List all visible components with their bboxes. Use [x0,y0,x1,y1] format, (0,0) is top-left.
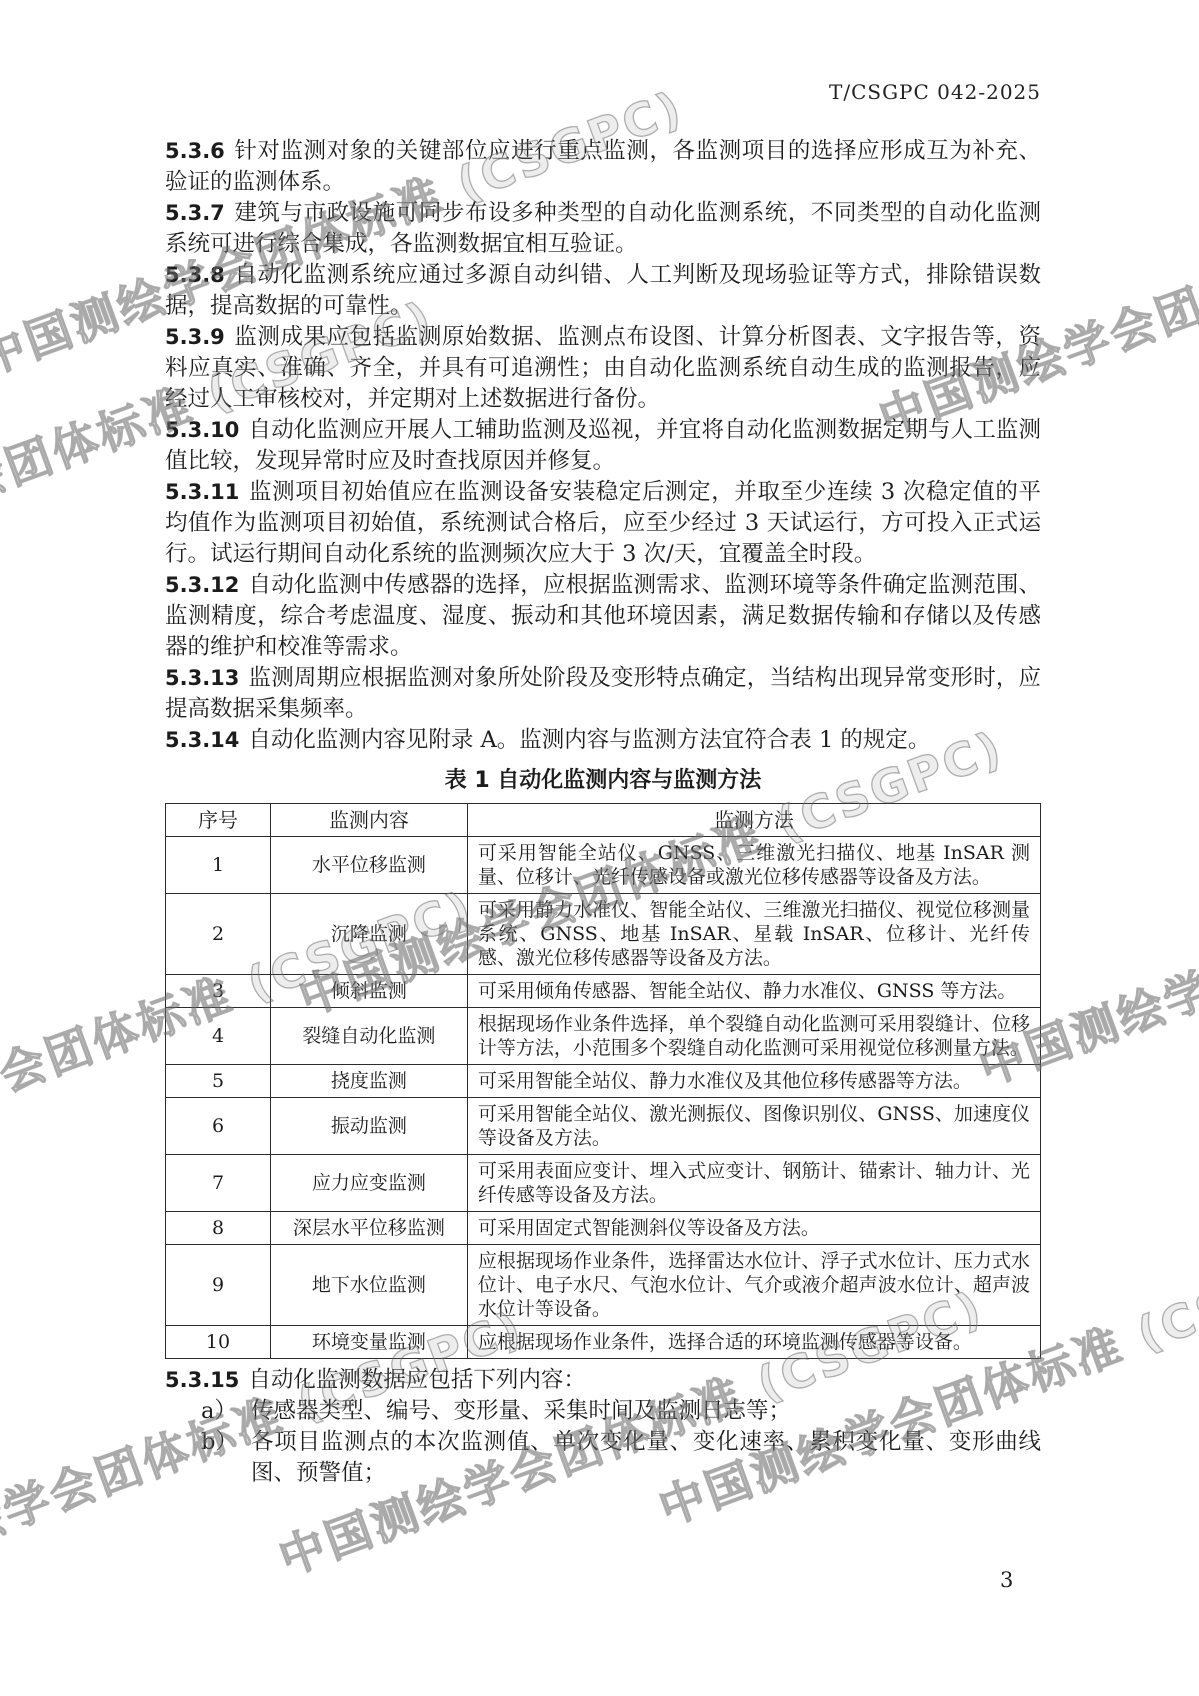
table-row: 10 环境变量监测 应根据现场作业条件，选择合适的环境监测传感器等设备。 [166,1326,1041,1359]
row-content: 振动监测 [271,1098,468,1155]
clause-text: 自动化监测系统应通过多源自动纠错、人工判断及现场验证等方式，排除错误数据，提高数… [165,262,1041,319]
clause-text: 监测周期应根据监测对象所处阶段及变形特点确定，当结构出现异常变形时，应提高数据采… [165,665,1041,722]
row-content: 应力应变监测 [271,1155,468,1212]
row-method: 可采用智能全站仪、激光测振仪、图像识别仪、GNSS、加速度仪等设备及方法。 [467,1098,1040,1155]
table-title: 表 1 自动化监测内容与监测方法 [165,763,1041,794]
clause-text: 自动化监测数据应包括下列内容： [248,1367,586,1393]
list-item-a: a） 传感器类型、编号、变形量、采集时间及监测日志等； [201,1396,1041,1427]
clause-number: 5.3.15 [165,1368,239,1392]
doc-code-header: T/CSGPC 042-2025 [829,80,1041,104]
document-page: { "page": { "doc_code": "T/CSGPC 042-202… [0,0,1199,1696]
clause-text: 监测成果应包括监测原始数据、监测点布设图、计算分析图表、文字报告等，资料应真实、… [165,324,1041,412]
table-row: 5 挠度监测 可采用智能全站仪、静力水准仪及其他位移传感器等方法。 [166,1065,1041,1098]
row-no: 4 [166,1008,271,1065]
monitoring-methods-table: 序号 监测内容 监测方法 1 水平位移监测 可采用智能全站仪、GNSS、三维激光… [165,803,1041,1359]
clause-text: 自动化监测应开展人工辅助监测及巡视，并宜将自动化监测数据定期与人工监测值比较，发… [165,417,1041,474]
clause-number: 5.3.12 [165,573,239,597]
clause-text: 自动化监测内容见附录 A。监测内容与监测方法宜符合表 1 的规定。 [248,727,930,753]
clause-5-3-12: 5.3.12自动化监测中传感器的选择，应根据监测需求、监测环境等条件确定监测范围… [165,570,1041,663]
clause-number: 5.3.6 [165,139,225,163]
row-no: 1 [166,837,271,894]
clause-number: 5.3.13 [165,666,239,690]
clause-5-3-7: 5.3.7建筑与市政设施可同步布设多种类型的自动化监测系统，不同类型的自动化监测… [165,198,1041,260]
page-number: 3 [1000,1568,1013,1592]
clause-text: 建筑与市政设施可同步布设多种类型的自动化监测系统，不同类型的自动化监测系统可进行… [165,200,1041,257]
row-method: 根据现场作业条件选择，单个裂缝自动化监测可采用裂缝计、位移计等方法，小范围多个裂… [467,1008,1040,1065]
row-content: 水平位移监测 [271,837,468,894]
row-content: 挠度监测 [271,1065,468,1098]
row-no: 8 [166,1212,271,1245]
row-no: 6 [166,1098,271,1155]
row-method: 应根据现场作业条件，选择雷达水位计、浮子式水位计、压力式水位计、电子水尺、气泡水… [467,1245,1040,1326]
clause-number: 5.3.7 [165,201,225,225]
clause-5-3-15: 5.3.15自动化监测数据应包括下列内容： [165,1365,1041,1396]
row-no: 3 [166,975,271,1008]
table-row: 4 裂缝自动化监测 根据现场作业条件选择，单个裂缝自动化监测可采用裂缝计、位移计… [166,1008,1041,1065]
clause-number: 5.3.14 [165,728,239,752]
list-item-label: b） [201,1427,251,1489]
column-header-no: 序号 [166,804,271,837]
table-row: 8 深层水平位移监测 可采用固定式智能测斜仪等设备及方法。 [166,1212,1041,1245]
row-no: 10 [166,1326,271,1359]
row-no: 2 [166,894,271,975]
table-row: 1 水平位移监测 可采用智能全站仪、GNSS、三维激光扫描仪、地基 InSAR … [166,837,1041,894]
table-row: 6 振动监测 可采用智能全站仪、激光测振仪、图像识别仪、GNSS、加速度仪等设备… [166,1098,1041,1155]
row-content: 沉降监测 [271,894,468,975]
clause-5-3-9: 5.3.9监测成果应包括监测原始数据、监测点布设图、计算分析图表、文字报告等，资… [165,322,1041,415]
row-method: 可采用倾角传感器、智能全站仪、静力水准仪、GNSS 等方法。 [467,975,1040,1008]
clause-5-3-10: 5.3.10自动化监测应开展人工辅助监测及巡视，并宜将自动化监测数据定期与人工监… [165,415,1041,477]
clause-number: 5.3.11 [165,480,239,504]
row-content: 环境变量监测 [271,1326,468,1359]
clause-number: 5.3.9 [165,325,225,349]
row-content: 倾斜监测 [271,975,468,1008]
row-method: 可采用智能全站仪、静力水准仪及其他位移传感器等方法。 [467,1065,1040,1098]
clause-number: 5.3.8 [165,263,225,287]
clause-5-3-11: 5.3.11监测项目初始值应在监测设备安装稳定后测定，并取至少连续 3 次稳定值… [165,477,1041,570]
row-no: 7 [166,1155,271,1212]
row-method: 可采用智能全站仪、GNSS、三维激光扫描仪、地基 InSAR 测量、位移计、光纤… [467,837,1040,894]
clause-text: 监测项目初始值应在监测设备安装稳定后测定，并取至少连续 3 次稳定值的平均值作为… [165,479,1041,567]
clause-number: 5.3.10 [165,418,239,442]
row-no: 5 [166,1065,271,1098]
list-item-text: 传感器类型、编号、变形量、采集时间及监测日志等； [251,1396,1041,1427]
table-row: 9 地下水位监测 应根据现场作业条件，选择雷达水位计、浮子式水位计、压力式水位计… [166,1245,1041,1326]
table-row: 3 倾斜监测 可采用倾角传感器、智能全站仪、静力水准仪、GNSS 等方法。 [166,975,1041,1008]
column-header-method: 监测方法 [467,804,1040,837]
row-method: 可采用表面应变计、埋入式应变计、钢筋计、锚索计、轴力计、光纤传感等设备及方法。 [467,1155,1040,1212]
table-row: 7 应力应变监测 可采用表面应变计、埋入式应变计、钢筋计、锚索计、轴力计、光纤传… [166,1155,1041,1212]
clause-5-3-13: 5.3.13监测周期应根据监测对象所处阶段及变形特点确定，当结构出现异常变形时，… [165,663,1041,725]
row-no: 9 [166,1245,271,1326]
clause-5-3-8: 5.3.8自动化监测系统应通过多源自动纠错、人工判断及现场验证等方式，排除错误数… [165,260,1041,322]
list-item-text: 各项目监测点的本次监测值、单次变化量、变化速率、累积变化量、变形曲线图、预警值； [251,1427,1041,1489]
clause-5-3-6: 5.3.6针对监测对象的关键部位应进行重点监测，各监测项目的选择应形成互为补充、… [165,136,1041,198]
document-body: 5.3.6针对监测对象的关键部位应进行重点监测，各监测项目的选择应形成互为补充、… [165,136,1041,1489]
column-header-content: 监测内容 [271,804,468,837]
clause-text: 针对监测对象的关键部位应进行重点监测，各监测项目的选择应形成互为补充、验证的监测… [165,138,1041,195]
table-header-row: 序号 监测内容 监测方法 [166,804,1041,837]
table-row: 2 沉降监测 可采用静力水准仪、智能全站仪、三维激光扫描仪、视觉位移测量系统、G… [166,894,1041,975]
row-content: 地下水位监测 [271,1245,468,1326]
row-method: 可采用固定式智能测斜仪等设备及方法。 [467,1212,1040,1245]
list-item-b: b） 各项目监测点的本次监测值、单次变化量、变化速率、累积变化量、变形曲线图、预… [201,1427,1041,1489]
clause-text: 自动化监测中传感器的选择，应根据监测需求、监测环境等条件确定监测范围、监测精度，… [165,572,1041,660]
row-method: 可采用静力水准仪、智能全站仪、三维激光扫描仪、视觉位移测量系统、GNSS、地基 … [467,894,1040,975]
row-method: 应根据现场作业条件，选择合适的环境监测传感器等设备。 [467,1326,1040,1359]
clause-5-3-14: 5.3.14自动化监测内容见附录 A。监测内容与监测方法宜符合表 1 的规定。 [165,725,1041,756]
row-content: 深层水平位移监测 [271,1212,468,1245]
row-content: 裂缝自动化监测 [271,1008,468,1065]
list-item-label: a） [201,1396,251,1427]
